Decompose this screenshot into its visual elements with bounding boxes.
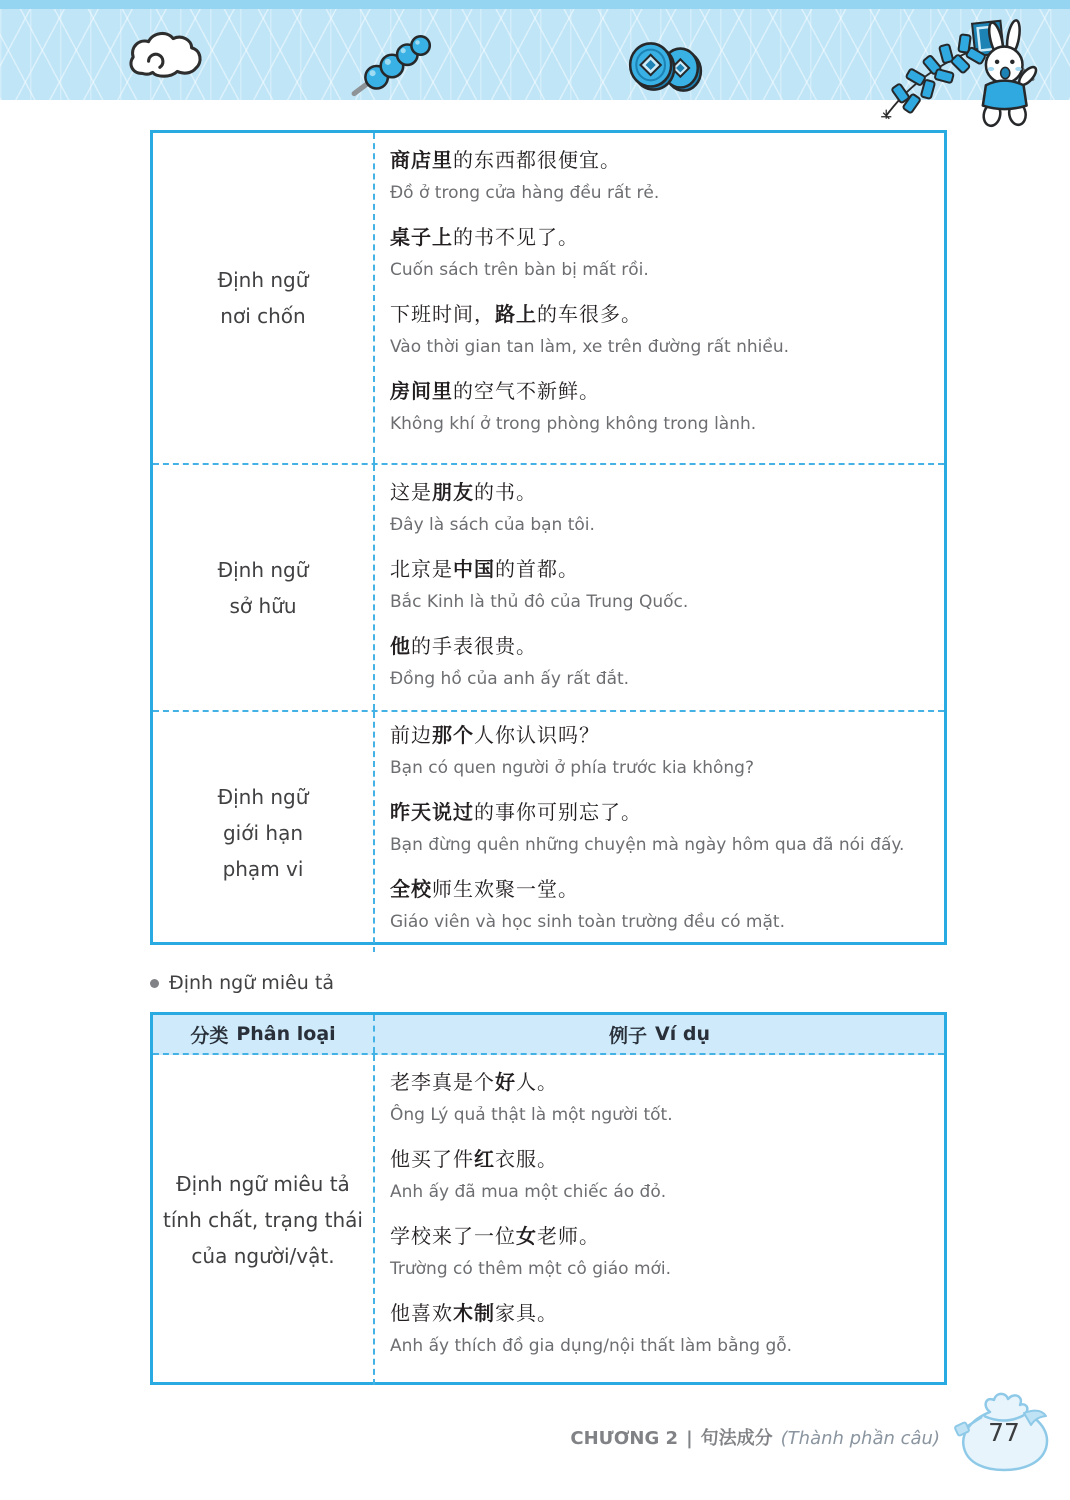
row-label-line: Định ngữ bbox=[218, 779, 309, 815]
example: 昨天说过的事你可别忘了。 Bạn đừng quên những chuyện … bbox=[390, 799, 928, 856]
book-page: Định ngữ nơi chốn 商店里的东西都很便宜。 Đồ ở trong… bbox=[0, 0, 1070, 1500]
chinese-bold: 全校 bbox=[390, 877, 432, 901]
example: 房间里的空气不新鲜。 Không khí ở trong phòng không… bbox=[390, 378, 928, 435]
section-heading: Định ngữ miêu tả bbox=[150, 972, 334, 994]
chinese-regular: 他喜欢 bbox=[390, 1301, 453, 1325]
chinese-regular: 下班时间， bbox=[390, 302, 495, 326]
row-label-line: phạm vi bbox=[223, 851, 304, 887]
chinese-regular: 的手表很贵。 bbox=[411, 634, 537, 658]
chinese-regular: 前边 bbox=[390, 723, 432, 747]
chinese-regular: 的事你可别忘了。 bbox=[474, 800, 642, 824]
example: 下班时间，路上的车很多。 Vào thời gian tan làm, xe t… bbox=[390, 301, 928, 358]
example: 他喜欢木制家具。 Anh ấy thích đồ gia dụng/nội th… bbox=[390, 1300, 928, 1357]
row-label-line: sở hữu bbox=[229, 588, 296, 624]
chinese-bold: 房间里 bbox=[390, 379, 453, 403]
chinese-sentence: 他的手表很贵。 bbox=[390, 633, 928, 660]
chinese-sentence: 全校师生欢聚一堂。 bbox=[390, 876, 928, 903]
chinese-regular: 这是 bbox=[390, 480, 432, 504]
example: 他买了件红衣服。 Anh ấy đã mua một chiếc áo đỏ. bbox=[390, 1146, 928, 1203]
row-label-line: Định ngữ bbox=[218, 552, 309, 588]
row-label-line: Định ngữ miêu tả bbox=[176, 1166, 350, 1202]
chinese-regular: 的东西都很便宜。 bbox=[453, 148, 621, 172]
chinese-regular: 北京是 bbox=[390, 557, 453, 581]
example: 北京是中国的首都。 Bắc Kinh là thủ đô của Trung Q… bbox=[390, 556, 928, 613]
footer-section-chinese: 句法成分 bbox=[701, 1428, 773, 1449]
chinese-sentence: 前边那个人你认识吗？ bbox=[390, 722, 928, 749]
chinese-regular: 的首都。 bbox=[495, 557, 579, 581]
chinese-regular: 家具。 bbox=[495, 1301, 558, 1325]
example: 学校来了一位女老师。 Trường có thêm một cô giáo mớ… bbox=[390, 1223, 928, 1280]
chinese-regular: 师生欢聚一堂。 bbox=[432, 877, 579, 901]
chinese-sentence: 下班时间，路上的车很多。 bbox=[390, 301, 928, 328]
footer: CHƯƠNG 2|句法成分(Thành phần câu) bbox=[0, 1424, 940, 1450]
table-header: 分类 Phân loại 例子 Ví dụ bbox=[153, 1015, 944, 1055]
chinese-bold: 中国 bbox=[453, 557, 495, 581]
chinese-regular: 人。 bbox=[516, 1070, 558, 1094]
header-vietnamese: Phân loại bbox=[236, 1023, 335, 1045]
row-label: Định ngữ giới hạn phạm vi bbox=[153, 712, 375, 952]
chinese-sentence: 这是朋友的书。 bbox=[390, 479, 928, 506]
header-chinese: 例子 bbox=[609, 1021, 647, 1048]
example: 这是朋友的书。 Đây là sách của bạn tôi. bbox=[390, 479, 928, 536]
vietnamese-translation: Giáo viên và học sinh toàn trường đều có… bbox=[390, 911, 928, 933]
vietnamese-translation: Bắc Kinh là thủ đô của Trung Quốc. bbox=[390, 591, 928, 613]
chinese-bold: 昨天说过 bbox=[390, 800, 474, 824]
vietnamese-translation: Bạn đừng quên những chuyện mà ngày hôm q… bbox=[390, 834, 928, 856]
chinese-regular: 的书。 bbox=[474, 480, 537, 504]
row-label: Định ngữ nơi chốn bbox=[153, 133, 375, 463]
chinese-bold: 路上 bbox=[495, 302, 537, 326]
section-heading-label: Định ngữ miêu tả bbox=[169, 972, 334, 994]
chinese-sentence: 他买了件红衣服。 bbox=[390, 1146, 928, 1173]
table-row-descriptive: Định ngữ miêu tả tính chất, trạng thái c… bbox=[153, 1055, 944, 1385]
chinese-bold: 他 bbox=[390, 634, 411, 658]
header-vietnamese: Ví dụ bbox=[655, 1023, 710, 1045]
chinese-regular: 老师。 bbox=[537, 1224, 600, 1248]
chinese-sentence: 商店里的东西都很便宜。 bbox=[390, 147, 928, 174]
examples-cell: 商店里的东西都很便宜。 Đồ ở trong cửa hàng đều rất … bbox=[375, 133, 944, 463]
chinese-sentence: 北京是中国的首都。 bbox=[390, 556, 928, 583]
header-cell-example: 例子 Ví dụ bbox=[375, 1015, 944, 1053]
vietnamese-translation: Anh ấy đã mua một chiếc áo đỏ. bbox=[390, 1181, 928, 1203]
bullet-icon bbox=[150, 979, 159, 988]
chinese-regular: 老李真是个 bbox=[390, 1070, 495, 1094]
row-label: Định ngữ miêu tả tính chất, trạng thái c… bbox=[153, 1055, 375, 1385]
chinese-sentence: 老李真是个好人。 bbox=[390, 1069, 928, 1096]
row-label: Định ngữ sở hữu bbox=[153, 465, 375, 710]
attributive-table: Định ngữ nơi chốn 商店里的东西都很便宜。 Đồ ở trong… bbox=[150, 130, 947, 945]
table-row-place: Định ngữ nơi chốn 商店里的东西都很便宜。 Đồ ở trong… bbox=[153, 133, 944, 463]
chinese-bold: 女 bbox=[516, 1224, 537, 1248]
vietnamese-translation: Đồ ở trong cửa hàng đều rất rẻ. bbox=[390, 182, 928, 204]
examples-cell: 这是朋友的书。 Đây là sách của bạn tôi. 北京是中国的首… bbox=[375, 465, 944, 710]
ancient-coins-icon bbox=[624, 38, 706, 95]
chinese-bold: 红 bbox=[474, 1147, 495, 1171]
example: 他的手表很贵。 Đồng hồ của anh ấy rất đắt. bbox=[390, 633, 928, 690]
band-top-strip bbox=[0, 0, 1070, 9]
chinese-bold: 桌子上 bbox=[390, 225, 453, 249]
chinese-sentence: 桌子上的书不见了。 bbox=[390, 224, 928, 251]
row-label-line: giới hạn bbox=[223, 815, 303, 851]
header-cell-category: 分类 Phân loại bbox=[153, 1015, 375, 1053]
footer-section-vietnamese: (Thành phần câu) bbox=[773, 1428, 940, 1449]
header-chinese: 分类 bbox=[190, 1021, 228, 1048]
vietnamese-translation: Đồng hồ của anh ấy rất đắt. bbox=[390, 668, 928, 690]
example: 商店里的东西都很便宜。 Đồ ở trong cửa hàng đều rất … bbox=[390, 147, 928, 204]
chinese-regular: 学校来了一位 bbox=[390, 1224, 516, 1248]
page-number: 77 bbox=[948, 1418, 1060, 1447]
firecrackers-rabbit-icon bbox=[878, 12, 1046, 132]
chinese-regular: 人你认识吗？ bbox=[474, 723, 600, 747]
examples-cell: 老李真是个好人。 Ông Lý quả thật là một người tố… bbox=[375, 1055, 944, 1385]
vietnamese-translation: Trường có thêm một cô giáo mới. bbox=[390, 1258, 928, 1280]
chinese-sentence: 房间里的空气不新鲜。 bbox=[390, 378, 928, 405]
vietnamese-translation: Ông Lý quả thật là một người tốt. bbox=[390, 1104, 928, 1126]
chinese-bold: 朋友 bbox=[432, 480, 474, 504]
chinese-regular: 的书不见了。 bbox=[453, 225, 579, 249]
chinese-regular: 他买了件 bbox=[390, 1147, 474, 1171]
cloud-icon bbox=[126, 26, 206, 84]
chinese-regular: 的空气不新鲜。 bbox=[453, 379, 600, 403]
chinese-sentence: 昨天说过的事你可别忘了。 bbox=[390, 799, 928, 826]
example: 桌子上的书不见了。 Cuốn sách trên bàn bị mất rồi. bbox=[390, 224, 928, 281]
chinese-bold: 木制 bbox=[453, 1301, 495, 1325]
header-decor-band bbox=[0, 0, 1070, 100]
tanghulu-skewer-icon bbox=[348, 34, 440, 100]
footer-chapter: CHƯƠNG 2 bbox=[570, 1428, 678, 1449]
examples-cell: 前边那个人你认识吗？ Bạn có quen người ở phía trướ… bbox=[375, 712, 944, 952]
row-label-line: nơi chốn bbox=[220, 298, 305, 334]
footer-separator: | bbox=[678, 1428, 701, 1449]
vietnamese-translation: Không khí ở trong phòng không trong lành… bbox=[390, 413, 928, 435]
example: 老李真是个好人。 Ông Lý quả thật là một người tố… bbox=[390, 1069, 928, 1126]
chinese-regular: 衣服。 bbox=[495, 1147, 558, 1171]
chinese-sentence: 学校来了一位女老师。 bbox=[390, 1223, 928, 1250]
chinese-bold: 那个 bbox=[432, 723, 474, 747]
vietnamese-translation: Cuốn sách trên bàn bị mất rồi. bbox=[390, 259, 928, 281]
table-row-possessive: Định ngữ sở hữu 这是朋友的书。 Đây là sách của … bbox=[153, 463, 944, 710]
example: 全校师生欢聚一堂。 Giáo viên và học sinh toàn trư… bbox=[390, 876, 928, 933]
vietnamese-translation: Đây là sách của bạn tôi. bbox=[390, 514, 928, 536]
table-row-scope: Định ngữ giới hạn phạm vi 前边那个人你认识吗？ Bạn… bbox=[153, 710, 944, 952]
example: 前边那个人你认识吗？ Bạn có quen người ở phía trướ… bbox=[390, 722, 928, 779]
vietnamese-translation: Anh ấy thích đồ gia dụng/nội thất làm bằ… bbox=[390, 1335, 928, 1357]
descriptive-attributive-table: 分类 Phân loại 例子 Ví dụ Định ngữ miêu tả t… bbox=[150, 1012, 947, 1385]
chinese-sentence: 他喜欢木制家具。 bbox=[390, 1300, 928, 1327]
row-label-line: tính chất, trạng thái bbox=[163, 1202, 363, 1238]
row-label-line: của người/vật. bbox=[191, 1238, 334, 1274]
vietnamese-translation: Vào thời gian tan làm, xe trên đường rất… bbox=[390, 336, 928, 358]
chinese-regular: 的车很多。 bbox=[537, 302, 642, 326]
row-label-line: Định ngữ bbox=[218, 262, 309, 298]
vietnamese-translation: Bạn có quen người ở phía trước kia không… bbox=[390, 757, 928, 779]
chinese-bold: 好 bbox=[495, 1070, 516, 1094]
chinese-bold: 商店里 bbox=[390, 148, 453, 172]
